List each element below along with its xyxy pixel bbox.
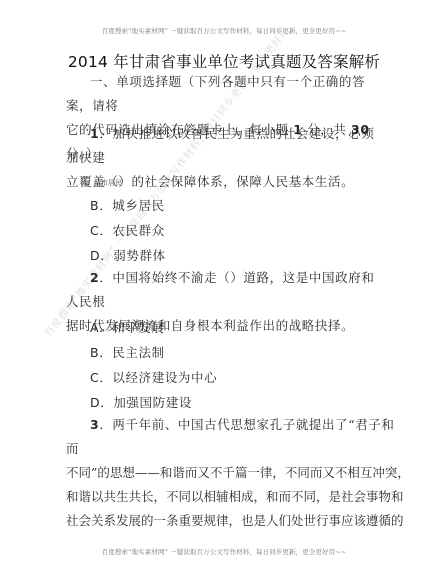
option-text: ．城市居民 [87,179,122,187]
option-2b: B．民主法制 [90,343,165,361]
option-text: ．农民群众 [99,223,165,238]
option-text: ．城乡居民 [99,198,165,213]
page-title: 2014 年甘肃省事业单位考试真题及答案解析 [0,50,448,72]
option-letter: C [90,370,99,385]
question-number: 1 [90,126,99,141]
question-number: 3 [90,417,99,432]
option-text: ．弱势群体 [100,248,166,263]
option-letter: D [90,395,100,410]
question-text-cont: 社会关系发展的一条重要规律，也是人们处世行事应该遵循的 [66,509,396,533]
section-intro-line1: 一、单项选择题（下列各题中只有一个正确的答案，请将 [66,74,365,113]
footer-banner: 百度搜索“地实素材网” 一键获取百万公文写作材料，每日同步更新，更全更好用~~ [0,547,448,556]
question-text: ．中国将始终不渝走（）道路，这是中国政府和人民根 [66,270,374,309]
option-1d: D．弱势群体 [90,246,166,264]
option-letter: B [90,345,99,360]
option-text: ．民主法制 [99,345,165,360]
option-letter: C [90,223,99,238]
option-text: ．和平发展 [99,320,165,335]
option-letter: D [90,248,100,263]
question-number: 2 [90,270,99,285]
option-letter: B [90,198,99,213]
option-1b: B．城乡居民 [90,196,165,214]
question-text: ．两千年前、中国古代思想家孔子就提出了“君子和而 [66,417,395,456]
option-letter: A [90,320,99,335]
option-2a: A．和平发展 [90,318,165,336]
option-2c: C．以经济建设为中心 [90,368,217,386]
question-3: 3．两千年前、中国古代思想家孔子就提出了“君子和而 不同”的思想——和谐而又不千… [66,413,396,533]
question-text-cont: 和谐以共生共长，不同以相辅相成，和而不同，是社会事物和 [66,485,396,509]
header-banner: 百度搜索“地实素材网” 一键获取百万公文写作材料，每日同步更新，更全更好用~~ [0,26,448,35]
option-text: ．加强国防建设 [100,395,192,410]
option-text: ．以经济建设为中心 [99,370,217,385]
question-text-cont: 不同”的思想——和谐而又不千篇一律，不同而又不相互冲突， [66,461,396,485]
option-1c: C．农民群众 [90,221,165,239]
option-2d: D．加强国防建设 [90,393,192,411]
option-1a: A．城市居民 [82,178,122,188]
question-text: ．加快推进以改善民生为重点的社会建设，必须加快建 [66,126,374,165]
